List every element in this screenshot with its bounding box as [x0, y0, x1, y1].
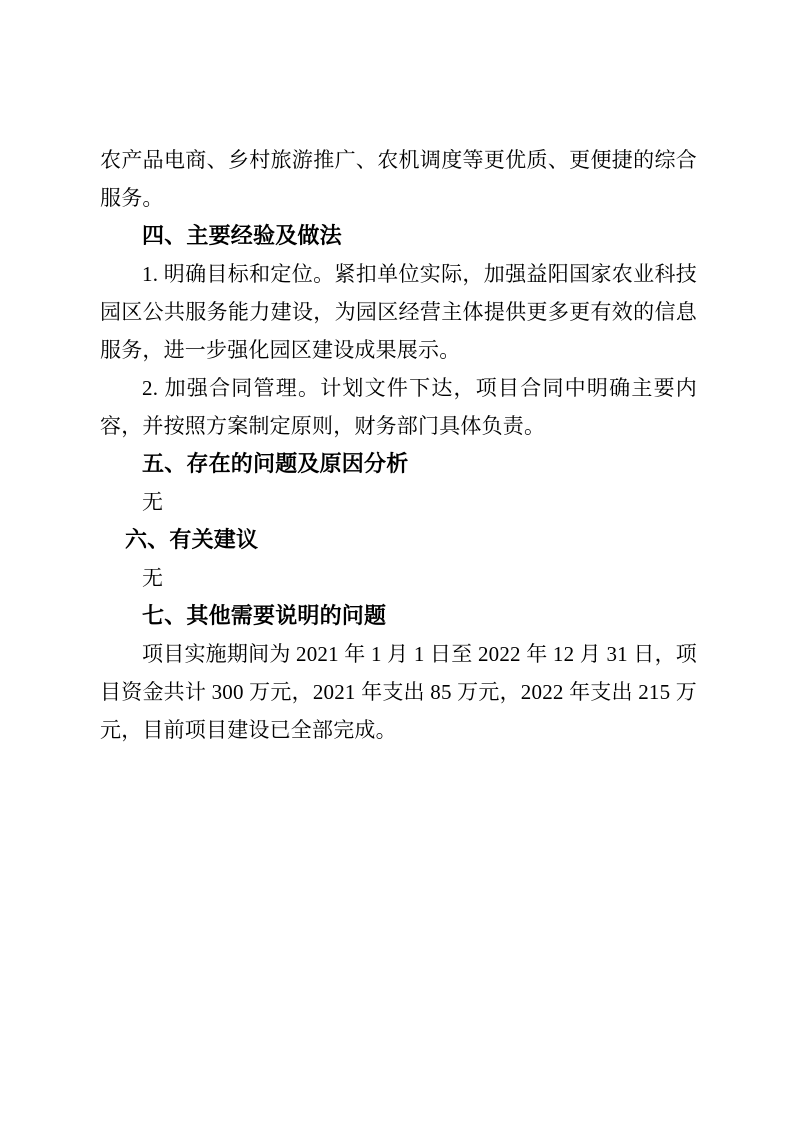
- paragraph: 2. 加强合同管理。计划文件下达，项目合同中明确主要内容，并按照方案制定原则，财…: [100, 369, 697, 445]
- paragraph: 项目实施期间为 2021 年 1 月 1 日至 2022 年 12 月 31 日…: [100, 635, 697, 749]
- paragraph: 无: [100, 483, 697, 521]
- section-heading: 四、主要经验及做法: [100, 217, 697, 255]
- section-heading: 五、存在的问题及原因分析: [100, 445, 697, 483]
- paragraph: 1. 明确目标和定位。紧扣单位实际，加强益阳国家农业科技园区公共服务能力建设，为…: [100, 255, 697, 369]
- document-content: 农产品电商、乡村旅游推广、农机调度等更优质、更便捷的综合服务。四、主要经验及做法…: [100, 141, 697, 749]
- paragraph: 农产品电商、乡村旅游推广、农机调度等更优质、更便捷的综合服务。: [100, 141, 697, 217]
- paragraph: 无: [100, 559, 697, 597]
- section-heading: 七、其他需要说明的问题: [100, 597, 697, 635]
- section-heading: 六、有关建议: [100, 521, 697, 559]
- report-page: 农产品电商、乡村旅游推广、农机调度等更优质、更便捷的综合服务。四、主要经验及做法…: [0, 0, 793, 1122]
